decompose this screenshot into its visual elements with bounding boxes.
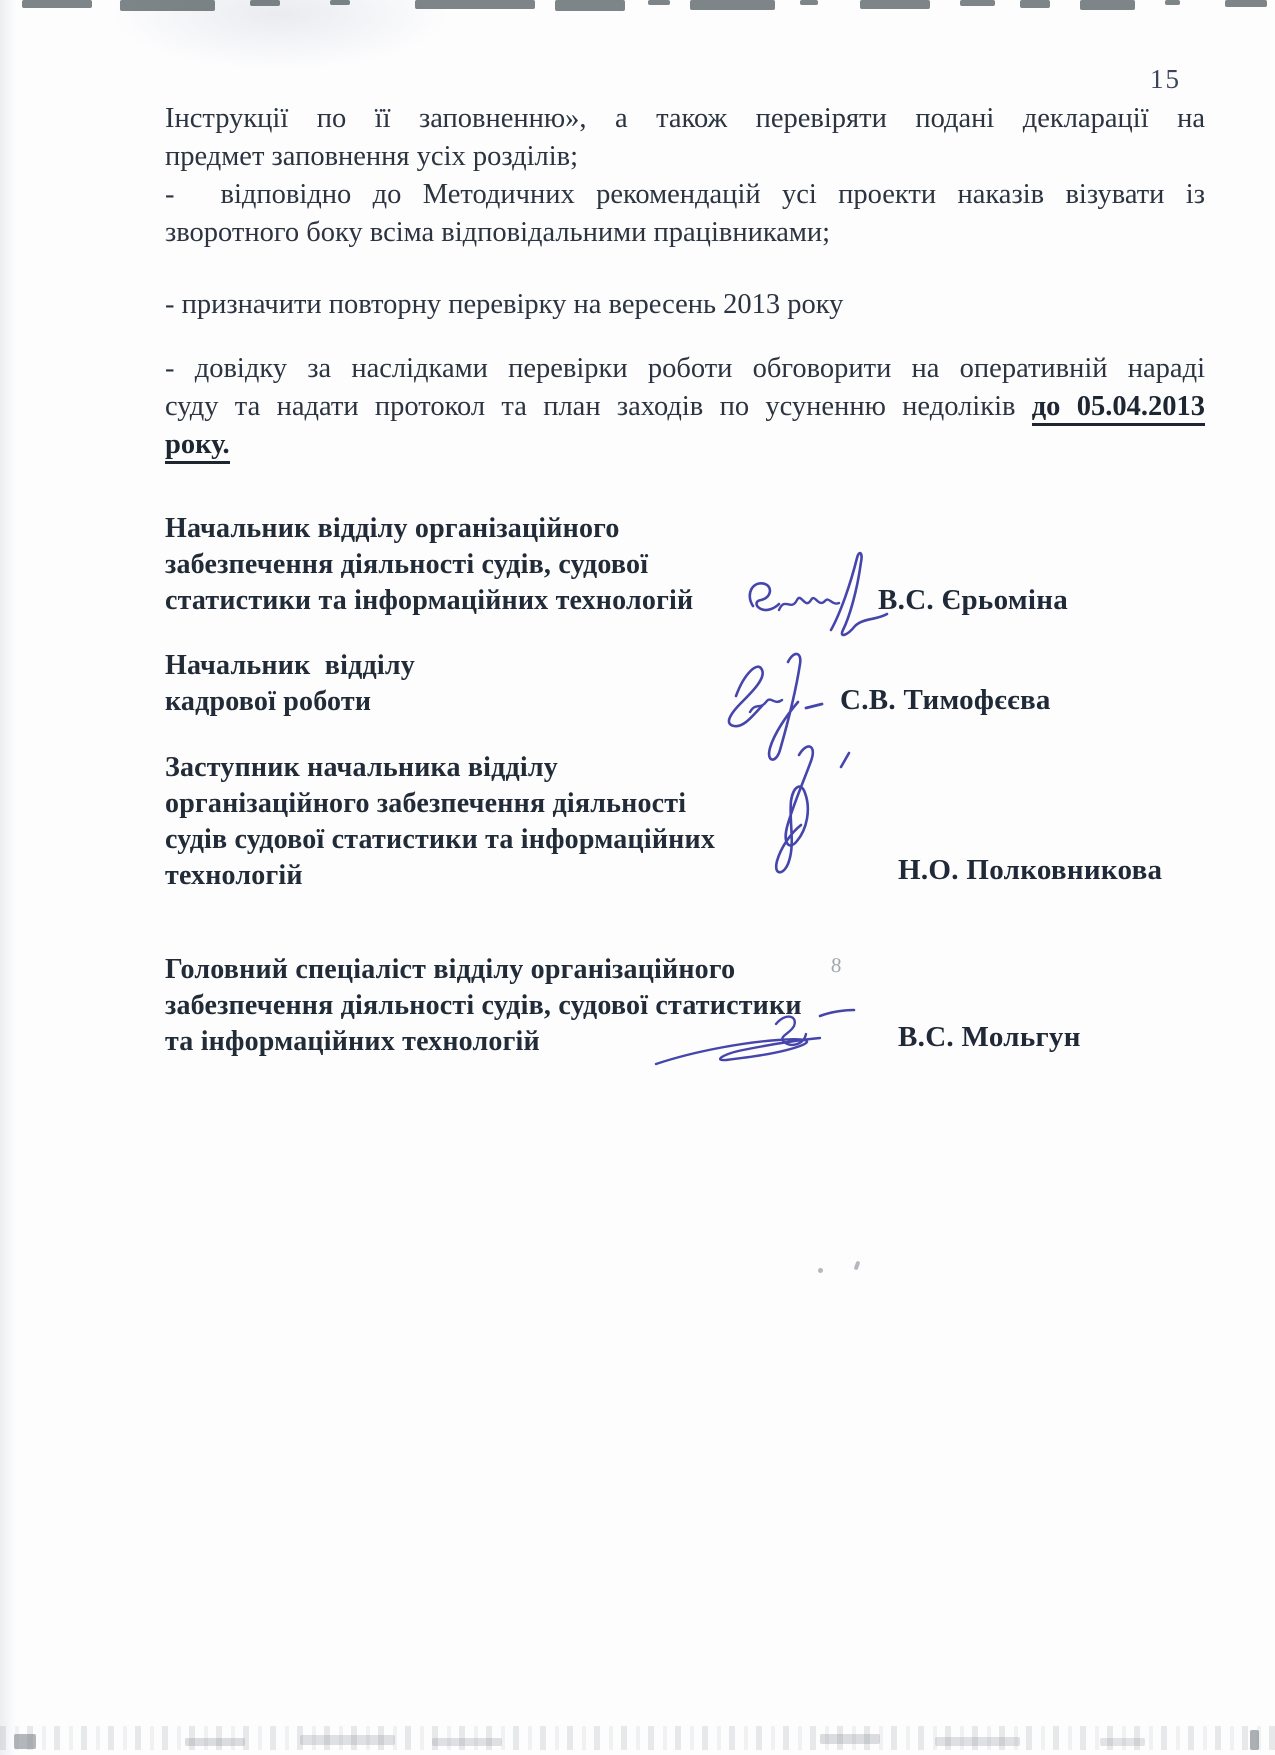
text-line: -відповідно до Методичних рекомендацій у… [165, 176, 1205, 214]
text-line: - призначити повторну перевірку на верес… [165, 286, 1205, 324]
text-line: - довідку за наслідками перевірки роботи… [165, 350, 1205, 388]
signatory-name-3: Н.О. Полковникова [898, 853, 1162, 887]
paper-speck [818, 1268, 823, 1273]
signature-molhun [648, 1000, 873, 1080]
document-body-text: Інструкції по її заповненню», а також пе… [165, 100, 1205, 464]
text-line: Інструкції по її заповненню», а також пе… [165, 100, 1205, 138]
paragraph: - довідку за наслідками перевірки роботи… [165, 350, 1205, 464]
signatory-name-2: С.В. Тимофєєва [840, 683, 1051, 717]
deadline-emphasis: до 05.04.2013 [1032, 391, 1205, 426]
text-line: суду та надати протокол та план заходів … [165, 388, 1205, 426]
text-line: року. [165, 426, 1205, 464]
paper-speck [854, 1261, 861, 1271]
title-line: Головний спеціаліст відділу організаційн… [165, 952, 885, 988]
text-line: зворотного боку всіма відповідальними пр… [165, 214, 1205, 252]
paragraph: -відповідно до Методичних рекомендацій у… [165, 176, 1205, 252]
list-dash: - [165, 179, 175, 210]
stray-ink-mark: 8 [830, 953, 842, 979]
paragraph: - призначити повторну перевірку на верес… [165, 286, 1205, 324]
signature-polkovnykova [733, 733, 863, 883]
scanned-document-page: 15 Інструкції по її заповненню», а також… [0, 0, 1275, 1755]
page-number: 15 [1150, 64, 1181, 95]
title-line: Начальник відділу організаційного [165, 511, 885, 547]
signatory-name-1: В.С. Єрьоміна [878, 583, 1068, 617]
paragraph: Інструкції по її заповненню», а також пе… [165, 100, 1205, 176]
signatory-name-4: В.С. Мольгун [898, 1020, 1081, 1054]
text-line: предмет заповнення усіх розділів; [165, 138, 1205, 176]
deadline-emphasis: року. [165, 429, 230, 464]
